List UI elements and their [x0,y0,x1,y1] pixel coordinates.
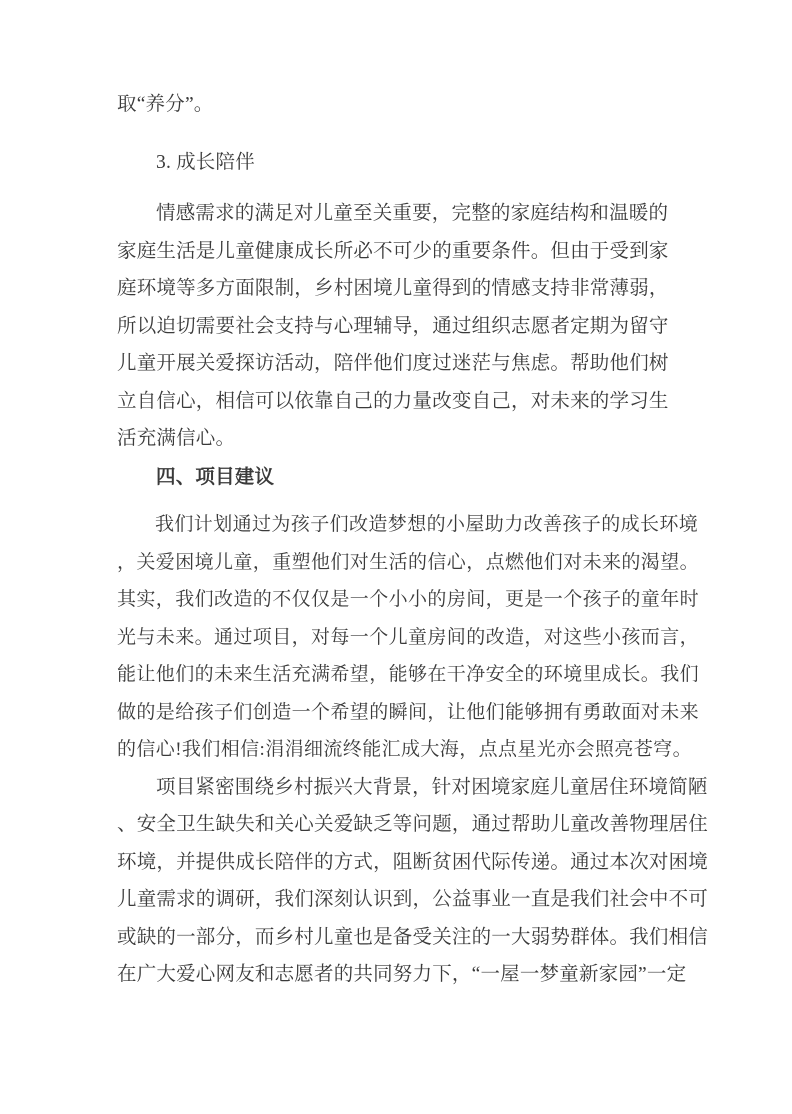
text-line: 的信心!我们相信:涓涓细流终能汇成大海，点点星光亦会照亮苍穹。 [117,731,663,769]
text-line: ，关爱困境儿童，重塑他们对生活的信心，点燃他们对未来的渴望。 [117,544,663,582]
text-line: 儿童开展关爱探访活动，陪伴他们度过迷茫与焦虑。帮助他们树 [117,345,663,383]
text-line: 能让他们的未来生活充满希望，能够在干净安全的环境里成长。我们 [117,656,663,694]
text-line: 四、项目建议 [117,459,663,497]
text-line: 家庭生活是儿童健康成长所必不可少的重要条件。但由于受到家 [117,233,663,271]
text-line: 、安全卫生缺失和关心关爱缺乏等问题，通过帮助儿童改善物理居住 [117,806,663,844]
heading-project-proposal: 四、项目建议 [117,459,663,497]
para-project-background: 项目紧密围绕乡村振兴大背景，针对困境家庭儿童居住环境简陋、安全卫生缺失和关心关爱… [117,769,663,994]
text-line: 情感需求的满足对儿童至关重要，完整的家庭结构和温暖的 [117,195,663,233]
para-project-plan: 我们计划通过为孩子们改造梦想的小屋助力改善孩子的成长环境，关爱困境儿童，重塑他们… [117,506,663,769]
text-line: 立自信心，相信可以依靠自己的力量改变自己，对未来的学习生 [117,383,663,421]
text-line: 项目紧密围绕乡村振兴大背景，针对困境家庭儿童居住环境简陋 [117,769,663,807]
text-line: 光与未来。通过项目，对每一个儿童房间的改造，对这些小孩而言， [117,619,663,657]
subheading-growth-companionship: 3. 成长陪伴 [117,144,663,182]
text-line: 做的是给孩子们创造一个希望的瞬间，让他们能够拥有勇敢面对未来 [117,694,663,732]
document-body: 取“养分”。3. 成长陪伴情感需求的满足对儿童至关重要，完整的家庭结构和温暖的家… [117,86,663,994]
text-line: 环境，并提供成长陪伴的方式，阻断贫困代际传递。通过本次对困境 [117,844,663,882]
text-line: 活充满信心。 [117,420,663,458]
text-line: 其实，我们改造的不仅仅是一个小小的房间，更是一个孩子的童年时 [117,581,663,619]
text-line: 庭环境等多方面限制，乡村困境儿童得到的情感支持非常薄弱， [117,270,663,308]
text-line: 在广大爱心网友和志愿者的共同努力下，“一屋一梦童新家园”一定 [117,956,663,994]
text-line: 或缺的一部分，而乡村儿童也是备受关注的一大弱势群体。我们相信 [117,919,663,957]
text-line: 所以迫切需要社会支持与心理辅导，通过组织志愿者定期为留守 [117,308,663,346]
text-line: 儿童需求的调研，我们深刻认识到，公益事业一直是我们社会中不可 [117,881,663,919]
text-line: 3. 成长陪伴 [117,144,663,182]
para-continuation-from-previous-page: 取“养分”。 [117,86,663,124]
para-emotional-needs: 情感需求的满足对儿童至关重要，完整的家庭结构和温暖的家庭生活是儿童健康成长所必不… [117,195,663,458]
document-page: 取“养分”。3. 成长陪伴情感需求的满足对儿童至关重要，完整的家庭结构和温暖的家… [0,0,792,1114]
text-line: 我们计划通过为孩子们改造梦想的小屋助力改善孩子的成长环境 [117,506,663,544]
text-line: 取“养分”。 [117,86,663,124]
